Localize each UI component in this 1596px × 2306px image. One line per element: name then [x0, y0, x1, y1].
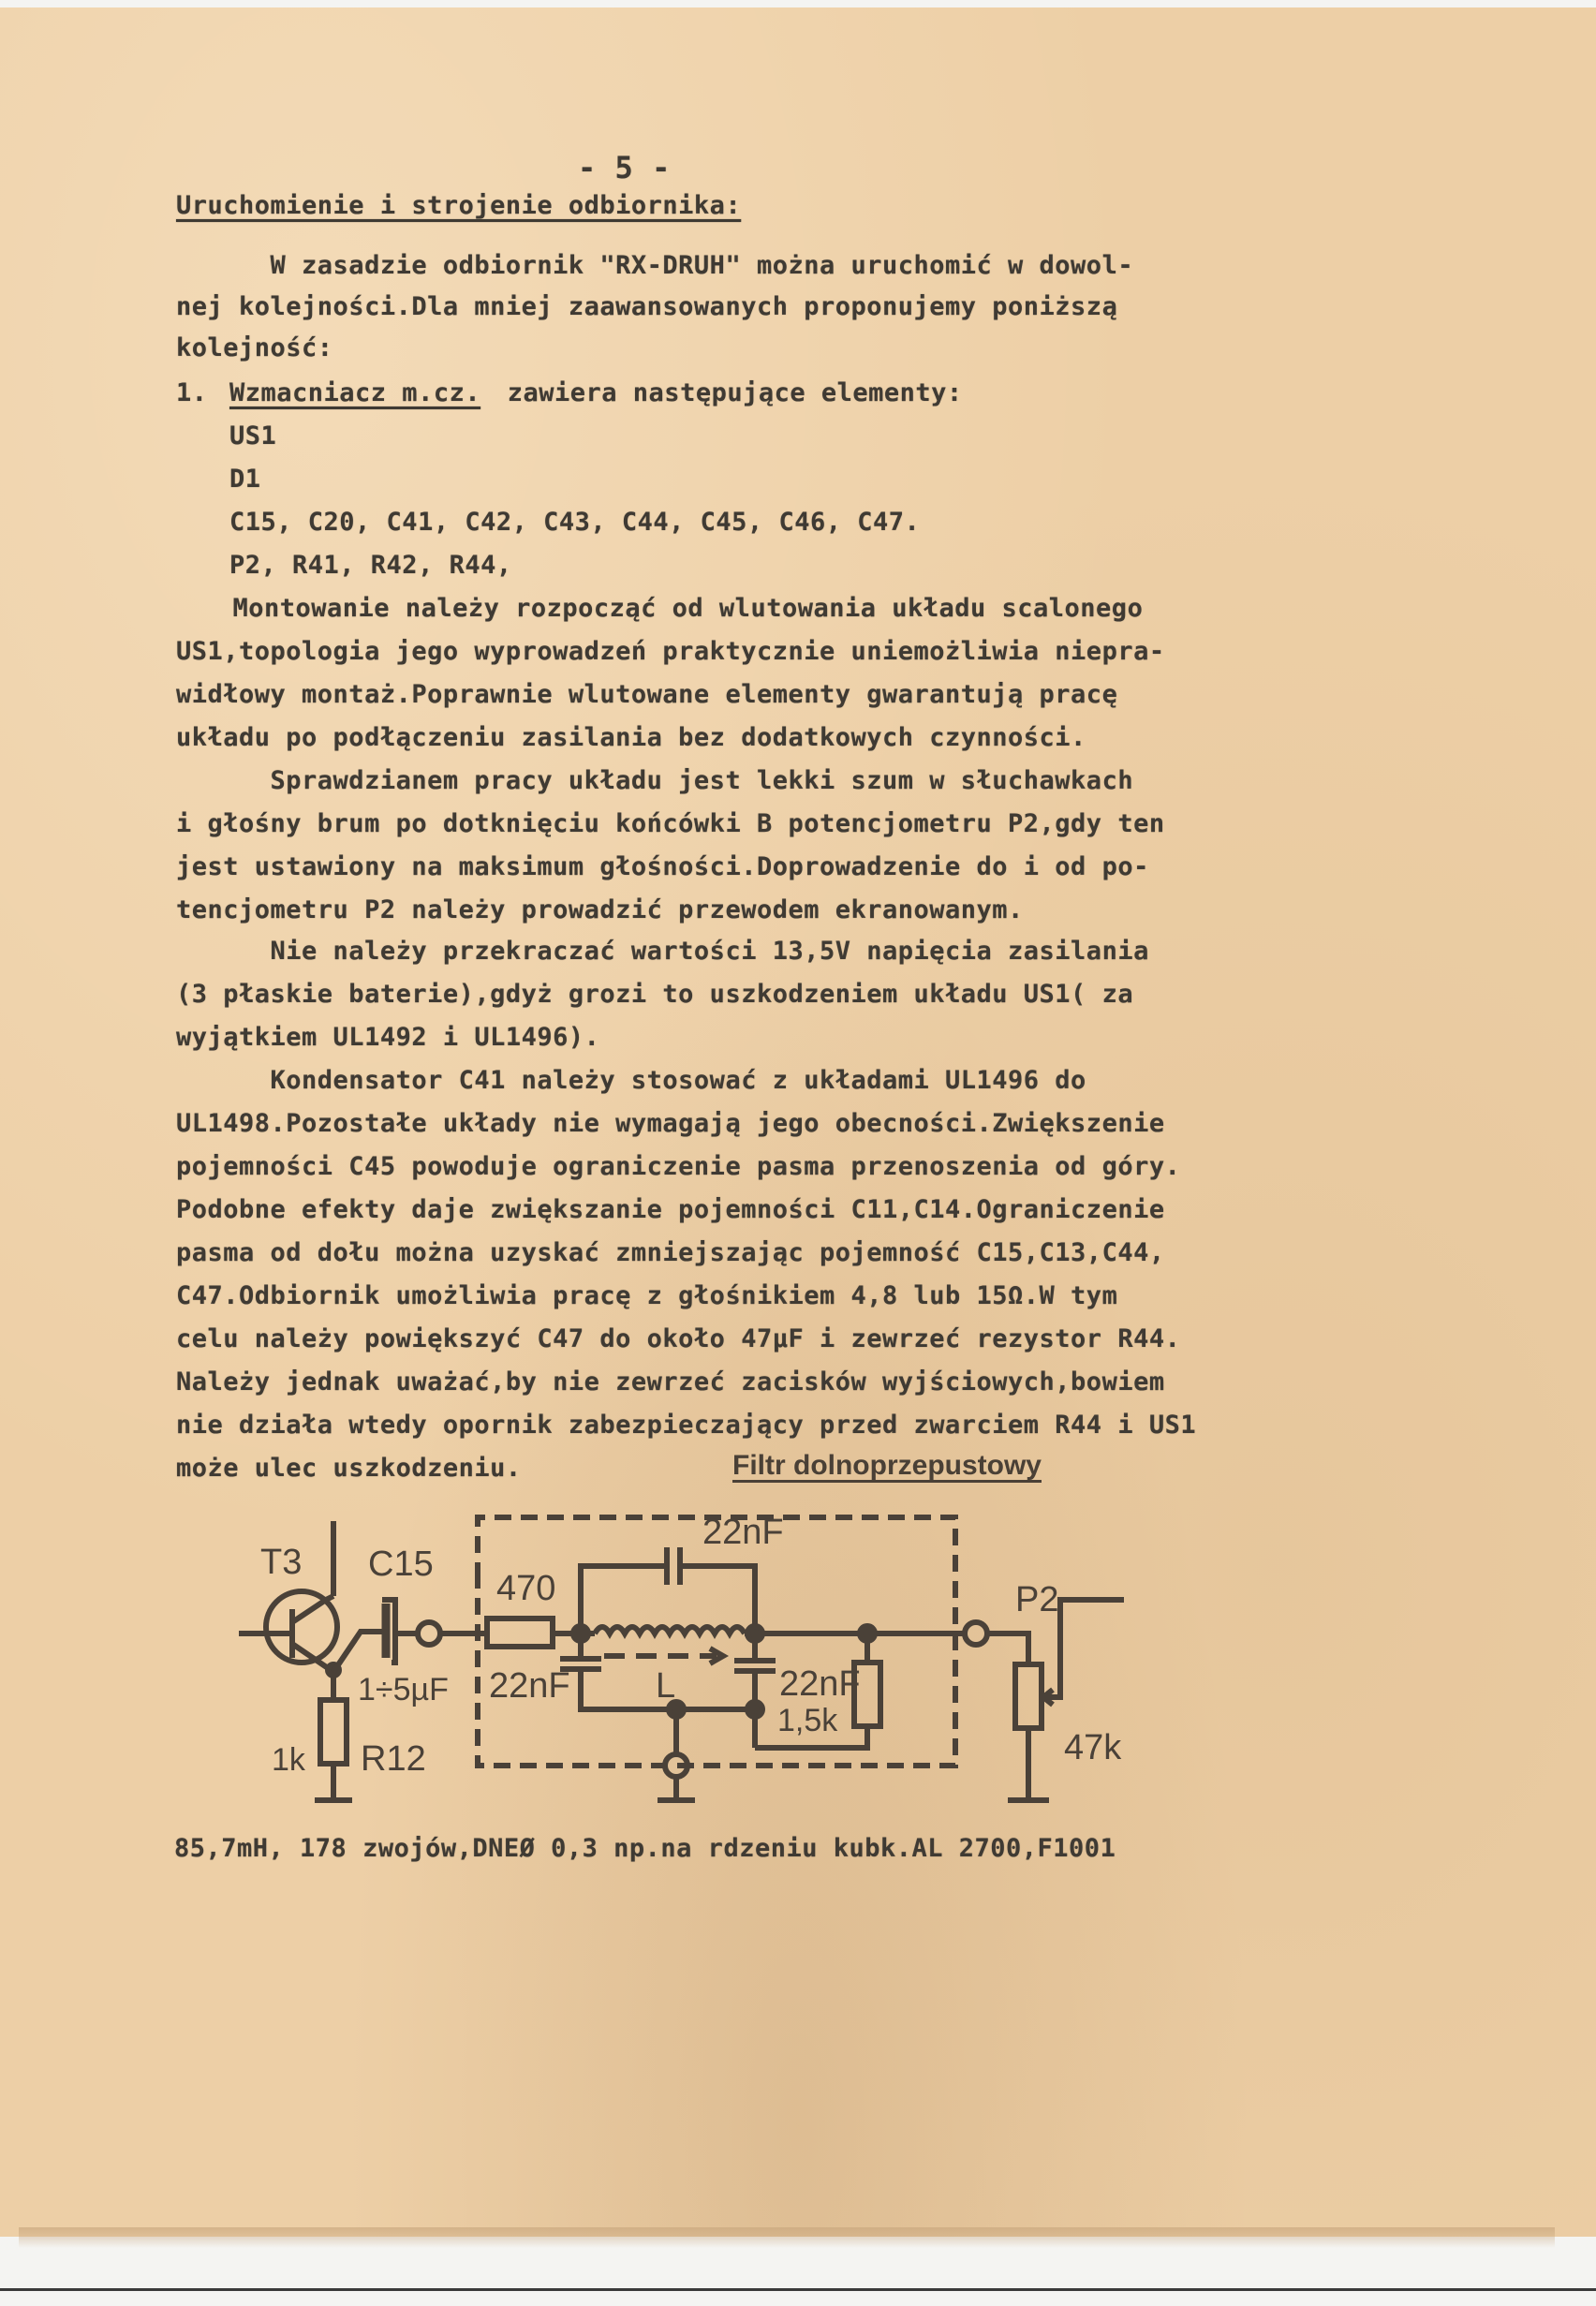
label-p2: P2 — [1015, 1580, 1058, 1619]
text-line: Należy jednak uważać,by nie zewrzeć zaci… — [176, 1367, 1165, 1397]
figure-caption: 85,7mH, 178 zwojów,DNEØ 0,3 np.na rdzeni… — [174, 1834, 1116, 1863]
figure-title: Filtr dolnoprzepustowy — [732, 1450, 1042, 1482]
text-line: i głośny brum po dotknięciu końcówki B p… — [176, 809, 1165, 838]
label-shunt-cap-in: 22nF — [489, 1666, 570, 1706]
label-l: L — [656, 1666, 675, 1706]
label-shunt-cap-out: 22nF — [779, 1664, 861, 1704]
text-line: Kondensator C41 należy stosować z układa… — [176, 1066, 1086, 1095]
element-line: US1 — [229, 421, 276, 451]
page-number: - 5 - — [578, 150, 671, 185]
label-t3: T3 — [260, 1543, 302, 1582]
text-line: Montowanie należy rozpocząć od wlutowani… — [201, 594, 1143, 623]
text-line: wyjątkiem UL1492 i UL1496). — [176, 1023, 599, 1052]
text-line: Podobne efekty daje zwiększanie pojemnoś… — [176, 1195, 1165, 1224]
text-line: widłowy montaż.Poprawnie wlutowane eleme… — [176, 680, 1117, 709]
text-line: nie działa wtedy opornik zabezpieczający… — [176, 1411, 1196, 1440]
label-bridge-cap: 22nF — [702, 1513, 784, 1552]
text-line: kolejność: — [176, 333, 333, 362]
filter-enclosure — [478, 1517, 955, 1766]
text-line: może ulec uszkodzeniu. — [176, 1454, 522, 1483]
text-line: US1,topologia jego wyprowadzeń praktyczn… — [176, 637, 1165, 666]
element-line: C15, C20, C41, C42, C43, C44, C45, C46, … — [229, 508, 920, 537]
text-line: tencjometru P2 należy prowadzić przewode… — [176, 895, 1024, 924]
text-line: jest ustawiony na maksimum głośności.Dop… — [176, 852, 1149, 881]
label-r12: R12 — [361, 1739, 426, 1779]
label-load-res: 1,5k — [777, 1703, 838, 1738]
text-line: Nie należy przekraczać wartości 13,5V na… — [176, 937, 1149, 966]
element-line: D1 — [229, 465, 261, 494]
section-title: Uruchomienie i strojenie odbiornika: — [176, 191, 741, 220]
text-line: UL1498.Pozostałe układy nie wymagają jeg… — [176, 1109, 1165, 1138]
text-line: Sprawdzianem pracy układu jest lekki szu… — [176, 766, 1133, 795]
scan-border — [0, 2288, 1596, 2291]
list-heading: Wzmacniacz m.cz. — [229, 378, 480, 407]
list-number: 1. — [176, 378, 208, 407]
text-line: celu należy powiększyć C47 do około 47µF… — [176, 1324, 1180, 1353]
text-line: układu po podłączeniu zasilania bez doda… — [176, 723, 1086, 752]
element-line: P2, R41, R42, R44, — [229, 551, 512, 580]
label-p2-value: 47k — [1064, 1728, 1122, 1767]
text-line: W zasadzie odbiornik "RX-DRUH" można uru… — [176, 251, 1133, 280]
lowpass-filter-schematic: T3 C15 1÷5µF 1k R12 470 22nF L 22nF — [225, 1499, 1161, 1817]
label-c15-value: 1÷5µF — [358, 1672, 449, 1707]
list-heading-rest: zawiera następujące elementy: — [492, 378, 963, 407]
text-line: pojemności C45 powoduje ograniczenie pas… — [176, 1152, 1180, 1181]
text-line: nej kolejności.Dla mniej zaawansowanych … — [176, 292, 1117, 321]
text-line: C47.Odbiornik umożliwia pracę z głośniki… — [176, 1281, 1117, 1310]
label-c15: C15 — [368, 1545, 434, 1584]
text-line: pasma od dołu można uzyskać zmniejszając… — [176, 1238, 1165, 1267]
text-line: (3 płaskie baterie),gdyż grozi to uszkod… — [176, 980, 1133, 1009]
label-470: 470 — [496, 1569, 555, 1608]
label-r12-value: 1k — [272, 1742, 306, 1778]
paper-torn-edge — [19, 2227, 1555, 2248]
